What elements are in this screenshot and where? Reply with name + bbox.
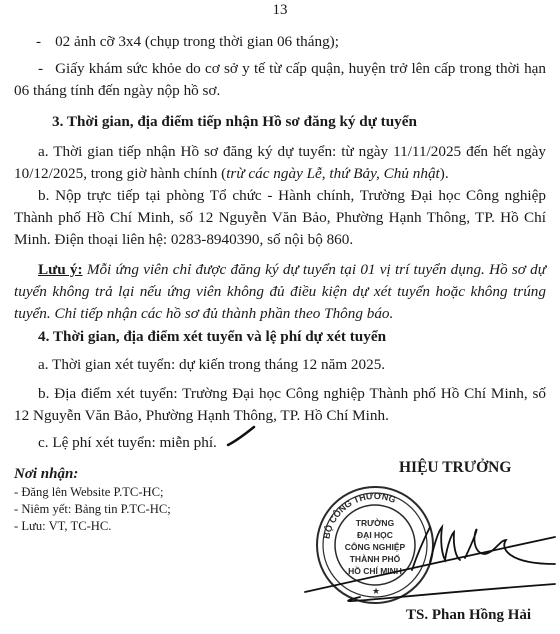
note-label: Lưu ý: — [38, 261, 83, 278]
stamp-line: ĐẠI HỌC — [357, 530, 393, 540]
note-text: Mỗi ứng viên chỉ được đăng ký dự tuyển t… — [14, 261, 546, 322]
recipient-item: - Lưu: VT, TC-HC. — [14, 519, 111, 534]
section-4-c: c. Lệ phí xét tuyển: miễn phí. — [38, 434, 217, 452]
svg-text:★: ★ — [372, 586, 380, 596]
section-4-b: b. Địa điểm xét tuyển: Trường Đại học Cô… — [14, 383, 546, 427]
section-3-b: b. Nộp trực tiếp tại phòng Tổ chức - Hàn… — [14, 185, 546, 251]
bullet-text: 02 ảnh cỡ 3x4 (chụp trong thời gian 06 t… — [55, 33, 339, 50]
signer-name: TS. Phan Hồng Hải — [406, 607, 531, 624]
signer-title: HIỆU TRƯỞNG — [399, 459, 511, 477]
section-3-heading: 3. Thời gian, địa điểm tiếp nhận Hồ sơ đ… — [52, 113, 417, 131]
official-stamp: BỘ CÔNG THƯƠNG TRƯỜNG ĐẠI HỌC CÔNG NGHIỆ… — [300, 482, 560, 612]
bullet-dash: - — [36, 33, 41, 50]
signature-scribble — [305, 527, 555, 601]
check-mark-stroke — [226, 425, 256, 447]
bullet-photo: -02 ảnh cỡ 3x4 (chụp trong thời gian 06 … — [24, 33, 339, 51]
stamp-line: CÔNG NGHIỆP — [345, 541, 406, 552]
section-4-a: a. Thời gian xét tuyển: dự kiến trong th… — [38, 356, 385, 374]
recipient-item: - Đăng lên Website P.TC-HC; — [14, 485, 164, 500]
section-3-a-italic: trừ các ngày Lễ, thứ Bảy, Chủ nhật — [226, 165, 440, 182]
stamp-line: TRƯỜNG — [356, 517, 395, 528]
section-3-a: a. Thời gian tiếp nhận Hồ sơ đăng ký dự … — [14, 141, 546, 185]
bullet-text: Giấy khám sức khỏe do cơ sở y tế từ cấp … — [14, 60, 546, 99]
bullet-health-certificate: -Giấy khám sức khỏe do cơ sở y tế từ cấp… — [14, 58, 546, 102]
section-4-heading: 4. Thời gian, địa điểm xét tuyển và lệ p… — [38, 328, 386, 346]
recipient-item: - Niêm yết: Bảng tin P.TC-HC; — [14, 502, 171, 517]
page-number: 13 — [0, 2, 560, 19]
section-3-a-end: ). — [440, 165, 449, 182]
section-3-note: Lưu ý: Mỗi ứng viên chỉ được đăng ký dự … — [14, 259, 546, 325]
stamp-line: THÀNH PHỐ — [350, 553, 401, 564]
bullet-dash: - — [38, 60, 43, 77]
recipients-title: Nơi nhận: — [14, 466, 78, 483]
stamp-line: HỒ CHÍ MINH — [348, 565, 402, 576]
